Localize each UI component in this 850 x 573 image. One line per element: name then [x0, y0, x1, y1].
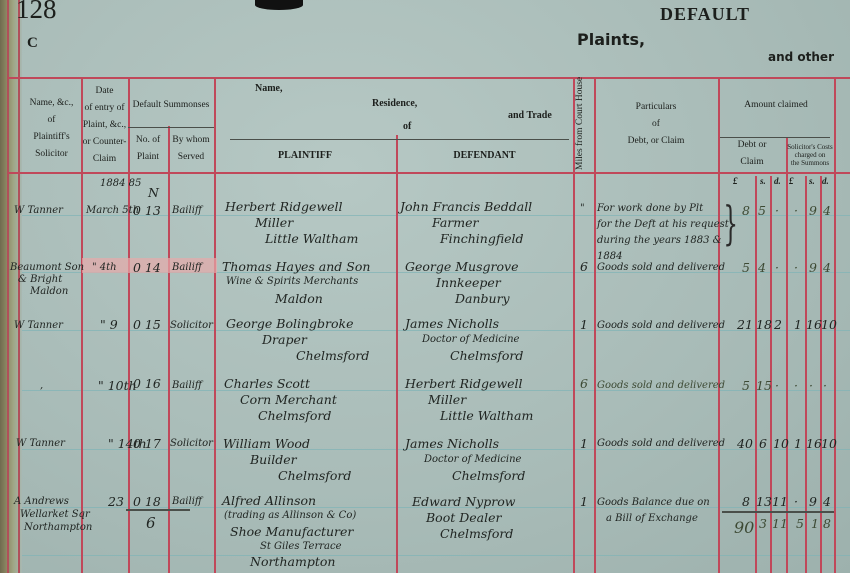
served-by: Bailiff: [172, 496, 202, 507]
entry-date: March 5th: [86, 205, 139, 216]
header-trade: and Trade: [508, 107, 552, 124]
debt-pounds: 8: [742, 203, 750, 218]
defendant-residence: Finchingfield: [440, 231, 524, 246]
table-top-rule: [8, 77, 850, 79]
header-debt-or-claim: Debt orClaim: [718, 137, 786, 171]
header-amount-claimed: Amount claimed: [718, 97, 834, 114]
plaintiff-name: Thomas Hayes and Son: [222, 259, 370, 274]
debt-pence: ·: [775, 203, 779, 218]
header-served-by: By whomServed: [168, 132, 214, 166]
plaint-number: 0 17: [133, 436, 161, 451]
unit-pence: d.: [774, 176, 781, 186]
particulars-line: Goods Balance due on: [597, 497, 710, 508]
debt-shillings: 6: [759, 436, 767, 451]
plaintiff-residence: Chelmsford: [296, 348, 369, 363]
solicitor-name: W Tanner: [14, 205, 63, 216]
costs-pence: 4: [823, 260, 831, 275]
costs-shillings: 9: [809, 260, 817, 275]
costs-pence: 10: [821, 317, 837, 332]
entry-date: " 4th: [92, 262, 117, 273]
costs-pence: 4: [823, 203, 831, 218]
costs-shillings: 16: [806, 317, 822, 332]
entry-date: " 10th: [98, 378, 137, 393]
debt-pence: 10: [773, 436, 789, 451]
plaint-number: 0 16: [133, 376, 161, 391]
debt-pounds: 21: [737, 317, 753, 332]
miles: ": [580, 203, 585, 214]
unit-shillings: s.: [760, 176, 766, 186]
solicitor-residence: Maldon: [30, 286, 68, 297]
col-rule: [770, 176, 772, 573]
defendant-trade: Miller: [428, 392, 466, 407]
col-rule: [396, 135, 398, 573]
section-letter: C: [27, 35, 38, 52]
total-costs-pence: 8: [823, 516, 831, 531]
entry-date: 23: [108, 494, 124, 509]
defendant-trade: Boot Dealer: [426, 510, 501, 525]
plaintiff-trade-note: (trading as Allinson & Co): [224, 510, 356, 521]
solicitor-residence: Northampton: [24, 522, 92, 533]
particulars-line: Goods sold and delivered: [597, 262, 725, 273]
header-solicitors-costs: Solicitor's Costscharged onthe Summons: [786, 143, 834, 167]
costs-shillings: 16: [806, 436, 822, 451]
costs-pence: ·: [823, 378, 827, 393]
col-rule: [594, 77, 596, 573]
debt-pence: 2: [774, 317, 782, 332]
ruled-line: [22, 555, 850, 556]
plaint-number: 0 15: [133, 317, 161, 332]
defendant-name: George Musgrove: [405, 259, 518, 274]
particulars-line: a Bill of Exchange: [606, 513, 698, 524]
total-debt-pence: 11: [772, 516, 788, 531]
solicitor-name: & Bright: [18, 274, 62, 285]
header-defendant: DEFENDANT: [396, 147, 573, 164]
debt-pounds: 40: [737, 436, 753, 451]
plaintiff-name: George Bolingbroke: [226, 316, 354, 331]
defendant-residence: Chelmsford: [452, 468, 525, 483]
header-name: Name,: [255, 80, 283, 97]
miles: 1: [580, 494, 588, 509]
particulars-line: For work done by Plt: [597, 203, 703, 214]
particulars-line: 1884: [597, 251, 622, 262]
total-debt-shillings: 3: [759, 516, 767, 531]
total-debt-pounds: 90: [734, 518, 754, 537]
served-by: Bailiff: [172, 380, 202, 391]
header-residence: Residence,: [372, 95, 417, 112]
total-underline: [722, 511, 834, 513]
plaintiff-residence: Little Waltham: [265, 231, 358, 246]
solicitor-name: W Tanner: [14, 320, 63, 331]
page-number: 128: [16, 0, 57, 25]
total-costs-shillings: 1: [811, 516, 819, 531]
total-costs-pounds: 5: [796, 516, 804, 531]
plaintiff-name: William Wood: [223, 436, 310, 451]
particulars-line: Goods sold and delivered: [597, 438, 725, 449]
plaintiff-trade: Miller: [255, 215, 293, 230]
header-bottom-rule: [8, 172, 850, 174]
header-plaint-no: No. ofPlaint: [128, 132, 168, 166]
solicitor-name: Beaumont Son: [10, 262, 84, 273]
plaint-number: 0 18: [133, 494, 161, 509]
served-by: Bailiff: [172, 205, 202, 216]
defendant-name: John Francis Beddall: [400, 199, 532, 214]
col-rule: [755, 176, 757, 573]
header-plaintiff: PLAINTIFF: [214, 147, 396, 164]
miles: 6: [580, 376, 588, 391]
costs-pence: 10: [821, 436, 837, 451]
unit-pounds: £: [789, 176, 794, 186]
debt-shillings: 15: [756, 378, 772, 393]
defendant-name: James Nicholls: [405, 436, 499, 451]
miles: 1: [580, 317, 588, 332]
defendant-trade: Doctor of Medicine: [424, 454, 521, 465]
col-rule: [805, 176, 807, 573]
costs-pounds: 1: [794, 317, 802, 332]
costs-pounds: ·: [794, 378, 798, 393]
unit-shillings: s.: [809, 176, 815, 186]
plaint-number: 0 14: [133, 260, 161, 275]
defendant-name: Edward Nyprow: [412, 494, 515, 509]
debt-shillings: 18: [756, 317, 772, 332]
served-by: Solicitor: [170, 320, 213, 331]
miles: 1: [580, 436, 588, 451]
margin-line: [7, 0, 9, 573]
header-particulars: ParticularsofDebt, or Claim: [594, 99, 718, 150]
debt-pounds: 5: [742, 378, 750, 393]
served-by: Bailiff: [172, 262, 202, 273]
plaintiff-residence: Chelmsford: [258, 408, 331, 423]
debt-shillings: 13: [756, 494, 772, 509]
defendant-trade: Innkeeper: [436, 275, 501, 290]
costs-pounds: ·: [794, 203, 798, 218]
defendant-name: James Nicholls: [405, 316, 499, 331]
brace-mark: }: [723, 200, 738, 246]
defendant-residence: Chelmsford: [450, 348, 523, 363]
particulars-line: Goods sold and delivered: [597, 380, 725, 391]
header-of: of: [403, 118, 411, 135]
plaintiff-trade: Corn Merchant: [240, 392, 337, 407]
col-rule: [168, 126, 170, 573]
header-divider: [128, 127, 214, 128]
costs-shillings: 9: [809, 203, 817, 218]
costs-pounds: 1: [794, 436, 802, 451]
costs-shillings: ·: [809, 378, 813, 393]
defendant-name: Herbert Ridgewell: [405, 376, 523, 391]
plaintiff-residence: Northampton: [250, 554, 335, 569]
year-note: 1884 85: [100, 178, 141, 189]
margin-line: [18, 0, 20, 573]
col-rule: [820, 176, 822, 573]
header-default-summonses: Default Summonses: [128, 97, 214, 114]
entry-date: " 9: [100, 317, 118, 332]
total-count: 6: [146, 514, 156, 532]
costs-pounds: ·: [794, 260, 798, 275]
particulars-line: for the Deft at his request: [597, 219, 729, 230]
unit-pounds: £: [733, 176, 738, 186]
debt-shillings: 5: [758, 203, 766, 218]
costs-shillings: 9: [809, 494, 817, 509]
page-subtitle: Plaints,: [577, 30, 645, 49]
header-divider: [230, 139, 569, 140]
costs-pence: 4: [823, 494, 831, 509]
solicitor-address: Wellarket Sqr: [20, 509, 90, 520]
plaintiff-trade: Draper: [262, 332, 307, 347]
header-date: Dateof entry ofPlaint, &c.,or Counter-Cl…: [81, 83, 128, 168]
debt-pence: 11: [772, 494, 788, 509]
debt-pounds: 5: [742, 260, 750, 275]
defendant-residence: Little Waltham: [440, 408, 533, 423]
plaintiff-trade: Shoe Manufacturer: [230, 524, 353, 539]
solicitor-name: W Tanner: [16, 438, 65, 449]
defendant-residence: Danbury: [455, 291, 510, 306]
ledger-page: 128 C DEFAULT Plaints, and other Name, &…: [0, 0, 850, 573]
miles: 6: [580, 259, 588, 274]
plaintiff-trade: Builder: [250, 452, 297, 467]
plaintiff-address: St Giles Terrace: [260, 541, 342, 552]
debt-shillings: 4: [758, 260, 766, 275]
defendant-residence: Chelmsford: [440, 526, 513, 541]
title-continuation: and other: [768, 50, 834, 64]
plaintiff-trade: Wine & Spirits Merchants: [226, 276, 358, 287]
plaintiff-name: Charles Scott: [224, 376, 310, 391]
defendant-trade: Farmer: [432, 215, 478, 230]
debt-pence: ·: [775, 378, 779, 393]
defendant-trade: Doctor of Medicine: [422, 334, 519, 345]
solicitor-name: A Andrews: [14, 496, 69, 507]
solicitor-name: ,: [40, 380, 43, 391]
header-miles: Miles from Court House: [575, 77, 585, 170]
debt-pounds: 8: [742, 494, 750, 509]
plaintiff-name: Herbert Ridgewell: [225, 199, 343, 214]
plaintiff-residence: Maldon: [275, 291, 323, 306]
plaint-number: 0 13: [133, 203, 161, 218]
plaintiff-residence: Chelmsford: [278, 468, 351, 483]
plaintiff-name: Alfred Allinson: [222, 493, 316, 508]
plaint-prefix: N: [148, 185, 159, 200]
costs-pounds: ·: [794, 494, 798, 509]
total-underline: [126, 509, 190, 511]
ink-blot: [255, 0, 303, 10]
header-solicitor: Name, &c.,ofPlaintiff'sSolicitor: [22, 95, 81, 163]
served-by: Solicitor: [170, 438, 213, 449]
particulars-line: Goods sold and delivered: [597, 320, 725, 331]
unit-pence: d.: [822, 176, 829, 186]
page-title: DEFAULT: [660, 4, 750, 25]
debt-pence: ·: [775, 260, 779, 275]
particulars-line: during the years 1883 &: [597, 235, 722, 246]
